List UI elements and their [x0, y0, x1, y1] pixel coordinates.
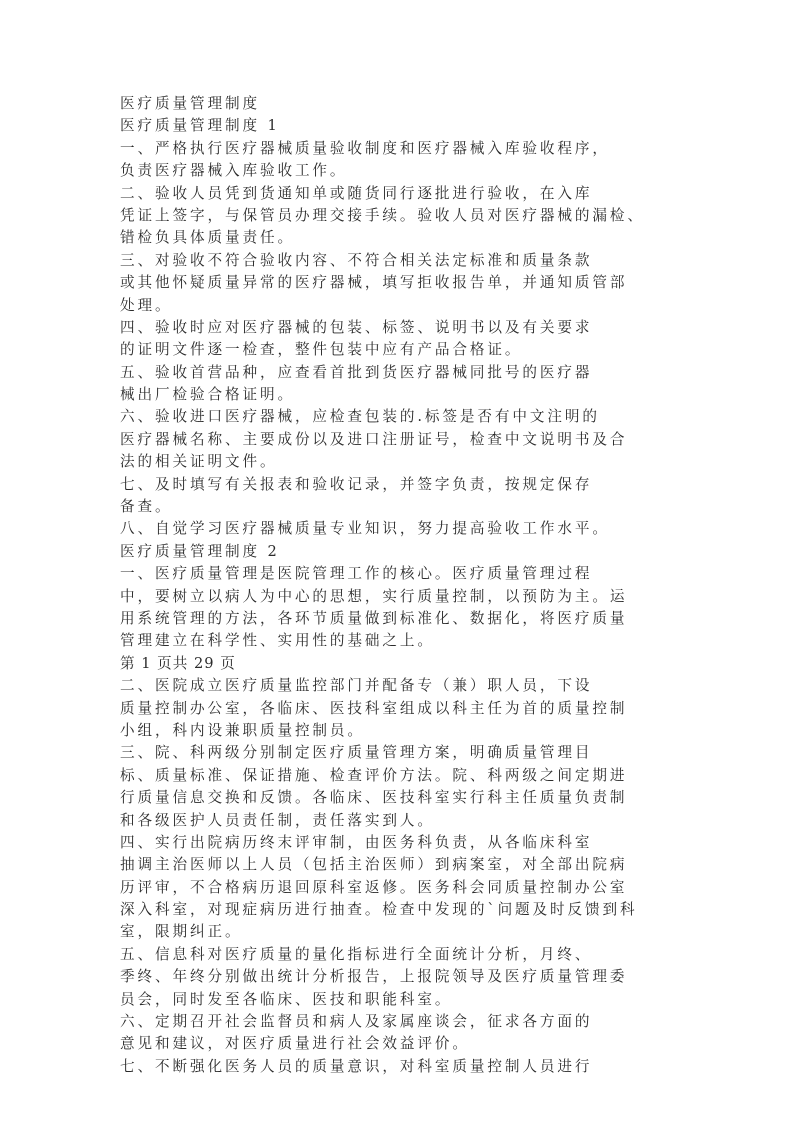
text-line: 二、医院成立医疗质量监控部门并配备专（兼）职人员，下设	[120, 675, 680, 697]
text-line: 负责医疗器械入库验收工作。	[120, 160, 680, 182]
text-line: 六、验收进口医疗器械，应检查包装的.标签是否有中文注明的	[120, 406, 680, 428]
text-line: 中，要树立以病人为中心的思想，实行质量控制，以预防为主。运	[120, 586, 680, 608]
text-line: 或其他怀疑质量异常的医疗器械，填写拒收报告单，并通知质管部	[120, 272, 680, 294]
text-line: 五、验收首营品种，应查看首批到货医疗器械同批号的医疗器	[120, 362, 680, 384]
text-line: 抽调主治医师以上人员（包括主治医师）到病案室，对全部出院病	[120, 854, 680, 876]
text-line: 员会，同时发至各临床、医技和职能科室。	[120, 989, 680, 1011]
text-line: 法的相关证明文件。	[120, 451, 680, 473]
text-line: 意见和建议，对医疗质量进行社会效益评价。	[120, 1033, 680, 1055]
text-line: 二、验收人员凭到货通知单或随货同行逐批进行验收，在入库	[120, 183, 680, 205]
text-line: 八、自觉学习医疗器械质量专业知识，努力提高验收工作水平。	[120, 518, 680, 540]
text-line: 一、严格执行医疗器械质量验收制度和医疗器械入库验收程序，	[120, 138, 680, 160]
text-line: 用系统管理的方法，各环节质量做到标准化、数据化，将医疗质量	[120, 608, 680, 630]
text-line: 四、实行出院病历终末评审制，由医务科负责，从各临床科室	[120, 832, 680, 854]
section-heading-1: 医疗质量管理制度 1	[120, 115, 680, 137]
text-line: 四、验收时应对医疗器械的包装、标签、说明书以及有关要求	[120, 317, 680, 339]
text-line: 管理建立在科学性、实用性的基础之上。	[120, 630, 680, 652]
text-line: 六、定期召开社会监督员和病人及家属座谈会，征求各方面的	[120, 1011, 680, 1033]
text-line: 小组，科内设兼职质量控制员。	[120, 720, 680, 742]
text-line: 械出厂检验合格证明。	[120, 384, 680, 406]
text-line: 错检负具体质量责任。	[120, 227, 680, 249]
text-line: 处理。	[120, 295, 680, 317]
document-title: 医疗质量管理制度	[120, 93, 680, 115]
document-page: 医疗质量管理制度 医疗质量管理制度 1 一、严格执行医疗器械质量验收制度和医疗器…	[120, 93, 680, 1078]
text-line: 的证明文件逐一检查，整件包装中应有产品合格证。	[120, 339, 680, 361]
text-line: 和各级医护人员责任制，责任落实到人。	[120, 810, 680, 832]
text-line: 深入科室，对现症病历进行抽查。检查中发现的`问题及时反馈到科	[120, 899, 680, 921]
text-line: 标、质量标准、保证措施、检查评价方法。院、科两级之间定期进	[120, 765, 680, 787]
text-line: 备查。	[120, 496, 680, 518]
text-line: 室，限期纠正。	[120, 921, 680, 943]
text-line: 七、及时填写有关报表和验收记录，并签字负责，按规定保存	[120, 474, 680, 496]
text-line: 凭证上签字，与保管员办理交接手续。验收人员对医疗器械的漏检、	[120, 205, 680, 227]
text-line: 季终、年终分别做出统计分析报告，上报院领导及医疗质量管理委	[120, 966, 680, 988]
section-heading-2: 医疗质量管理制度 2	[120, 541, 680, 563]
text-line: 三、对验收不符合验收内容、不符合相关法定标准和质量条款	[120, 250, 680, 272]
page-number: 第 1 页共 29 页	[120, 653, 680, 675]
text-line: 行质量信息交换和反馈。各临床、医技科室实行科主任质量负责制	[120, 787, 680, 809]
text-line: 七、不断强化医务人员的质量意识，对科室质量控制人员进行	[120, 1056, 680, 1078]
text-line: 一、医疗质量管理是医院管理工作的核心。医疗质量管理过程	[120, 563, 680, 585]
text-line: 五、信息科对医疗质量的量化指标进行全面统计分析，月终、	[120, 944, 680, 966]
text-line: 历评审，不合格病历退回原科室返修。医务科会同质量控制办公室	[120, 877, 680, 899]
text-line: 三、院、科两级分别制定医疗质量管理方案，明确质量管理目	[120, 742, 680, 764]
text-line: 医疗器械名称、主要成份以及进口注册证号，检查中文说明书及合	[120, 429, 680, 451]
text-line: 质量控制办公室，各临床、医技科室组成以科主任为首的质量控制	[120, 698, 680, 720]
